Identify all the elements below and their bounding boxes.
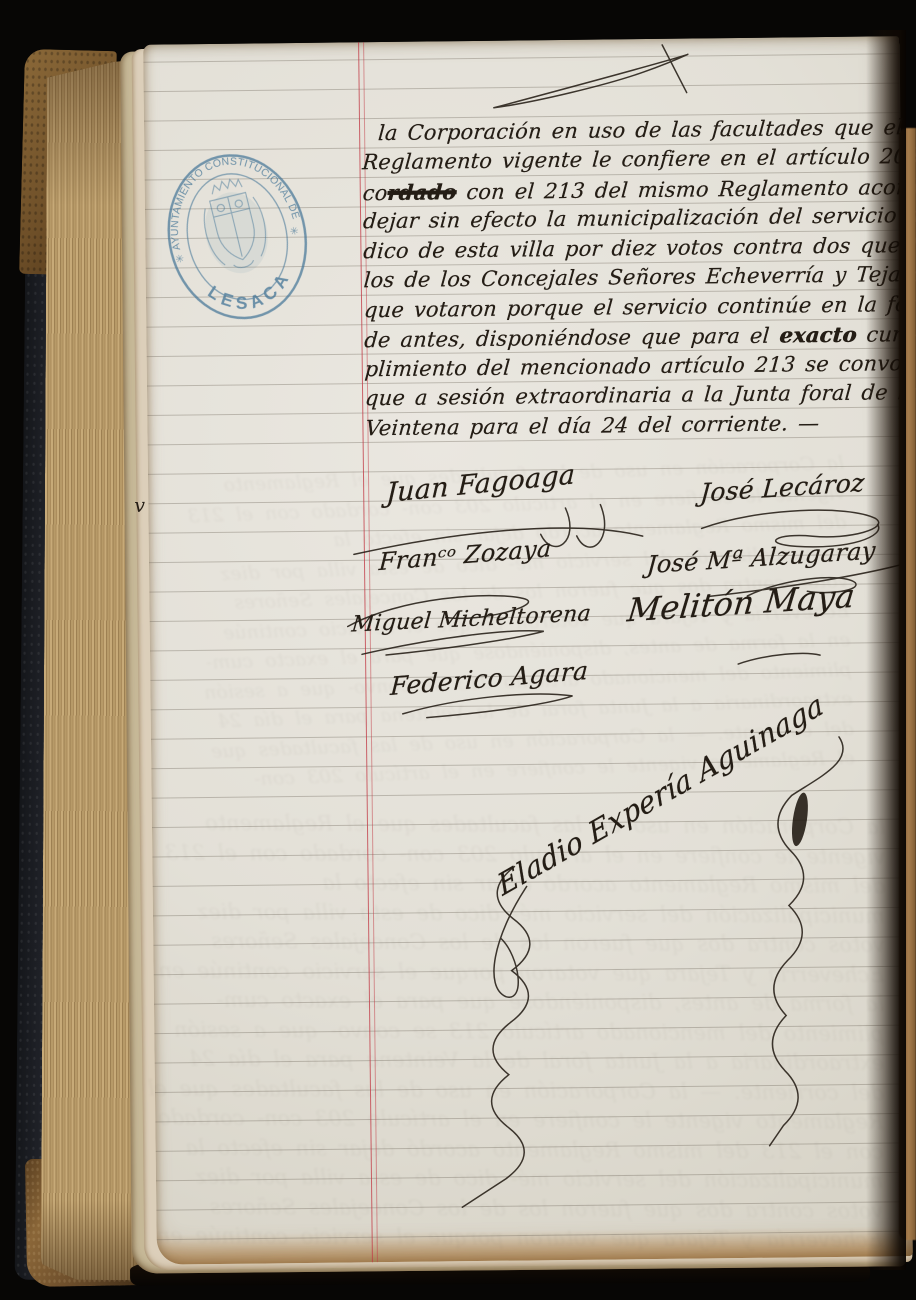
manuscript-line: que a sesión extraordinaria a la Junta f…: [364, 380, 916, 410]
ink-blot: [789, 792, 811, 847]
signature-federico-agara: Federico Agara: [390, 656, 590, 701]
manuscript-line: Reglamento vigente le confiere en el art…: [362, 144, 916, 175]
overwritten-word: rdado: [387, 179, 458, 205]
signature-juan-fagoaga: Juan Fagoaga: [386, 459, 576, 509]
manuscript-line: la Corporación en uso de las facultades …: [361, 115, 904, 145]
signature-jose-maria-alzugaray: José Mª Alzugaray: [646, 536, 877, 579]
signature-jose-lecaroz: José Lecároz: [699, 468, 866, 508]
manuscript-line: que votaron porque el servicio continúe …: [363, 291, 916, 322]
manuscript-line: Veintena para el día 24 del corriente. —: [365, 411, 821, 440]
book-gutter-shadow: [866, 30, 906, 1270]
municipal-stamp: AYUNTAMIENTO CONSTITUCIONAL DE LESACA ✳ …: [137, 131, 338, 343]
manuscript-line: dejar sin efecto la municipalización del…: [362, 203, 916, 234]
manuscript-page: la Corporación en uso de las facultades …: [143, 36, 913, 1264]
diagonal-signature-loop: [493, 886, 528, 997]
signature-francisco-zozaya: Franᶜᵒ Zozaya: [378, 534, 552, 576]
blank-space-squiggle-left: [458, 866, 532, 1207]
manuscript-text-block: la Corporación en uso de las facultades …: [361, 36, 891, 42]
manuscript-line: cordado con el 213 del mismo Reglamento …: [362, 174, 916, 205]
stamp-star-left-icon: ✳: [174, 252, 185, 266]
signature-meliton-maya: Melitón Maya: [625, 577, 856, 630]
stamp-town-name: LESACA: [201, 263, 301, 323]
margin-check-mark: v: [134, 495, 145, 517]
manuscript-line: los de los Concejales Señores Echeverría…: [363, 262, 916, 292]
blank-space-squiggle-right: [766, 795, 807, 1145]
top-flourish-cross: [662, 45, 687, 93]
manuscript-line: de antes, disponiéndose que para el exac…: [364, 321, 916, 352]
top-flourish-stroke: [493, 54, 688, 108]
manuscript-line: dico de esta villa por diez votos contra…: [363, 232, 916, 263]
signature-miguel-micheltorena: Miguel Micheltorena: [351, 601, 593, 637]
photographed-manuscript-book: { "page": { "stamp": { "ring_text": "AYU…: [0, 0, 916, 1300]
emphasized-word: exacto: [779, 322, 858, 348]
stamp-star-right-icon: ✳: [289, 225, 300, 239]
manuscript-line: plimiento del mencionado artículo 213 se…: [364, 351, 911, 381]
squiggle-right-hook: [791, 737, 844, 796]
signature-secretary-diagonal: Eladio Expería Aguinaga: [493, 686, 827, 902]
